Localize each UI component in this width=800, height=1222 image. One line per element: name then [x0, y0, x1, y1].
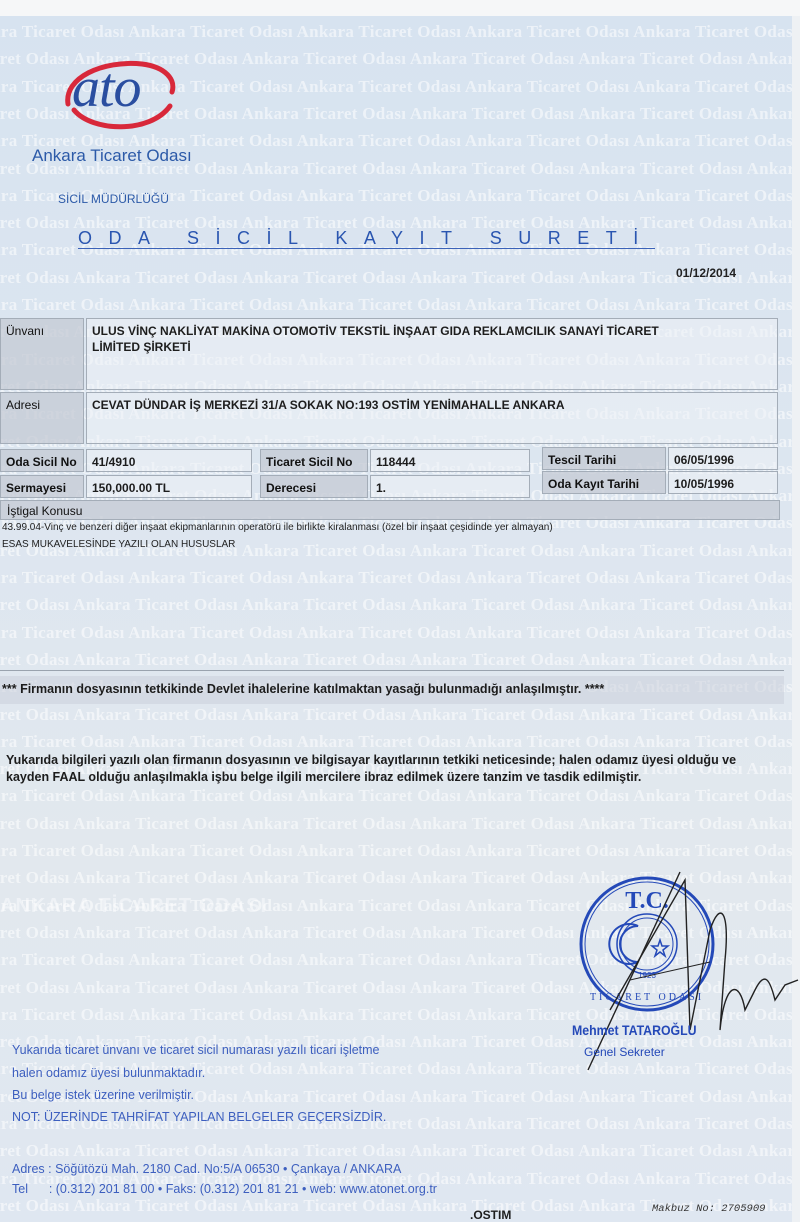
- organization-name: Ankara Ticaret Odası: [32, 146, 192, 166]
- label-unvani: Ünvanı: [0, 318, 84, 390]
- footer-note-line-3: Bu belge istek üzerine verilmiştir.: [12, 1088, 194, 1102]
- value-adresi: CEVAT DÜNDAR İŞ MERKEZİ 31/A SOKAK NO:19…: [86, 392, 778, 444]
- label-oda-sicil-no: Oda Sicil No: [0, 449, 84, 472]
- ato-logo: ato: [62, 58, 178, 138]
- value-tescil-tarihi: 06/05/1996: [668, 447, 778, 470]
- logo-text: ato: [72, 60, 141, 116]
- unvani-line-1: ULUS VİNÇ NAKLİYAT MAKİNA OTOMOTİV TEKST…: [92, 323, 772, 339]
- istigal-konusu-activity: 43.99.04-Vinç ve benzeri diğer inşaat ek…: [2, 522, 553, 533]
- document-title: ODA SİCİL KAYIT SURETİ: [78, 228, 655, 249]
- value-unvani: ULUS VİNÇ NAKLİYAT MAKİNA OTOMOTİV TEKST…: [86, 318, 778, 390]
- issue-date: 01/12/2014: [676, 266, 736, 280]
- label-derecesi: Derecesi: [260, 475, 368, 498]
- footer-contact: Tel : (0.312) 201 81 00 • Faks: (0.312) …: [12, 1182, 437, 1196]
- certification-paragraph: Yukarıda bilgileri yazılı olan firmanın …: [6, 752, 766, 786]
- istigal-konusu-articles: ESAS MUKAVELESİNDE YAZILI OLAN HUSUSLAR: [2, 539, 235, 550]
- scan-top-margin: [0, 0, 800, 16]
- label-tescil-tarihi: Tescil Tarihi: [542, 447, 666, 470]
- receipt-number: Makbuz No: 2705909: [652, 1203, 765, 1215]
- signer-title: Genel Sekreter: [584, 1045, 665, 1059]
- value-oda-sicil-no: 41/4910: [86, 449, 252, 472]
- value-sermayesi: 150,000.00 TL: [86, 475, 252, 498]
- footer-note-line-2: halen odamız üyesi bulunmaktadır.: [12, 1066, 205, 1080]
- branch-label: .OSTIM: [470, 1208, 511, 1222]
- value-oda-kayit-tarihi: 10/05/1996: [668, 471, 778, 494]
- label-oda-kayit-tarihi: Oda Kayıt Tarihi: [542, 471, 666, 494]
- value-ticaret-sicil-no: 118444: [370, 449, 530, 472]
- signer-name: Mehmet TATAROĞLU: [572, 1022, 697, 1038]
- footer-address: Adres : Söğütözü Mah. 2180 Cad. No:5/A 0…: [12, 1162, 401, 1176]
- footer-warning: NOT: ÜZERİNDE TAHRİFAT YAPILAN BELGELER …: [12, 1110, 386, 1124]
- faint-banner-text: ANKARA TİCARET ODASI: [0, 895, 300, 923]
- value-derecesi: 1.: [370, 475, 530, 498]
- label-adresi: Adresi: [0, 392, 84, 444]
- department-name: SİCİL MÜDÜRLÜĞÜ: [58, 192, 169, 206]
- tender-ban-notice: *** Firmanın dosyasının tetkikinde Devle…: [0, 676, 784, 704]
- label-sermayesi: Sermayesi: [0, 475, 84, 498]
- unvani-line-2: LİMİTED ŞİRKETİ: [92, 339, 772, 355]
- footer-note-line-1: Yukarıda ticaret ünvanı ve ticaret sicil…: [12, 1043, 380, 1057]
- label-istigal-konusu: İştigal Konusu: [0, 500, 780, 520]
- divider: [0, 670, 784, 671]
- label-ticaret-sicil-no: Ticaret Sicil No: [260, 449, 368, 472]
